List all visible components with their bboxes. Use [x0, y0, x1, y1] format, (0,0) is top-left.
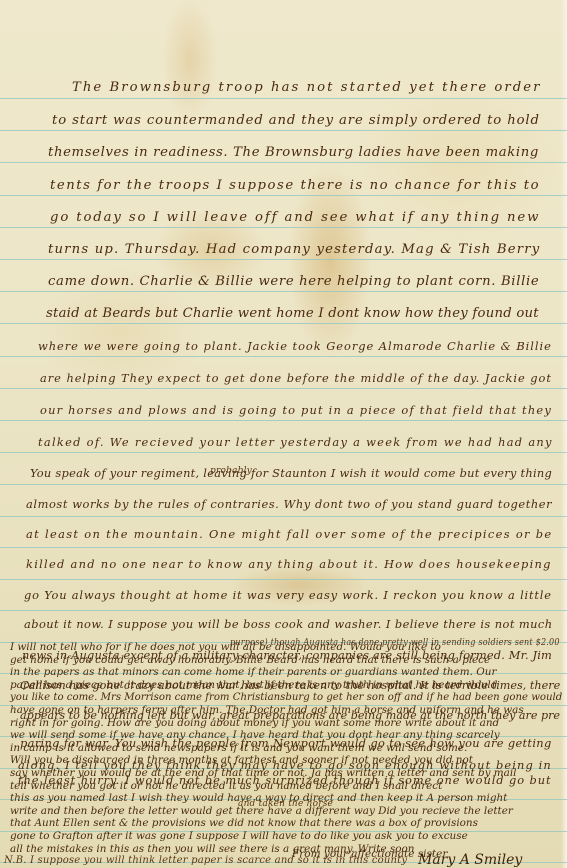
letter-line: to start was countermanded and they are … — [52, 113, 540, 128]
letter-line: say whether you would be at the end of t… — [10, 767, 516, 779]
ruled-line — [0, 420, 567, 421]
letter-line: You speak of your regiment, leaving for … — [30, 466, 552, 480]
ruled-line — [0, 579, 567, 580]
signature: Mary A Smiley — [418, 852, 522, 868]
ruled-line — [0, 452, 567, 453]
ruled-line — [0, 227, 567, 228]
ruled-line — [0, 130, 567, 131]
letter-line: gone to Grafton after it was gone I supp… — [10, 830, 468, 842]
ruled-line — [0, 291, 567, 292]
letter-line: we will send some if we have any chance.… — [10, 729, 500, 741]
letter-line: killed and no one near to know any thing… — [26, 557, 552, 571]
letter-line: themselves in readiness. The Brownsburg … — [48, 145, 539, 160]
letter-line: tents for the troops I suppose there is … — [50, 178, 540, 193]
letter-line: staid at Beards but Charlie went home I … — [46, 306, 539, 321]
letter-line: in the papers as that minors can come ho… — [10, 666, 496, 678]
ruled-line — [0, 259, 567, 260]
letter-line: turns up. Thursday. Had company yesterda… — [48, 242, 540, 257]
ruled-line — [0, 388, 567, 389]
letter-line: talked of. We recieved your letter yeste… — [38, 435, 553, 449]
letter-line: Will you be discharged in three months a… — [10, 754, 473, 766]
postscript: N.B. I suppose you will think letter pap… — [4, 855, 407, 866]
letter-line: I will not tell who for if he does not y… — [10, 641, 441, 653]
letter-line: you like to come. Mrs Morrison came from… — [10, 691, 562, 703]
letter-line: The Brownsburg troop has not started yet… — [72, 80, 542, 95]
letter-line: go You always thought at home it was ver… — [24, 588, 552, 602]
ruled-line — [0, 484, 567, 485]
letter-line: where we were going to plant. Jackie too… — [38, 339, 552, 353]
ruled-line — [0, 195, 567, 196]
letter-line: almost works by the rules of contraries.… — [26, 497, 552, 511]
letter-line: at least on the mountain. One might fall… — [26, 527, 553, 541]
ruled-line — [0, 547, 567, 548]
letter-line: right in for going. How are you doing ab… — [10, 717, 499, 729]
letter-line: get home if you could get away honorably… — [10, 654, 490, 666]
letter-line: are helping They expect to get done befo… — [40, 371, 552, 385]
interlinear-note: probably — [210, 466, 252, 476]
letter-line: tell whether you got it or not he direct… — [10, 780, 442, 792]
ruled-line — [0, 356, 567, 357]
letter-page: The Brownsburg troop has not started yet… — [0, 0, 567, 868]
ruled-line — [0, 516, 567, 517]
letter-line: write and then before the letter would g… — [10, 805, 513, 817]
ruled-line — [0, 610, 567, 611]
letter-line: go today so I will leave off and see wha… — [50, 210, 540, 225]
letter-line: paper has a piece but it does not mean t… — [10, 679, 497, 691]
letter-line: in camp is it allowed to send newspapers… — [10, 742, 467, 754]
letter-line: this as you named last I wish they would… — [10, 792, 507, 804]
letter-line: came down. Charlie & Billie were here he… — [48, 274, 539, 289]
ruled-line — [0, 162, 567, 163]
letter-line: about it now. I suppose you will be boss… — [24, 617, 553, 631]
letter-line: have gone on to harpers ferry after him.… — [10, 704, 524, 716]
ruled-line — [0, 323, 567, 324]
letter-line: our horses and plows and is going to put… — [40, 403, 552, 417]
letter-line: that Aunt Ellen sent & the provisions we… — [10, 817, 478, 829]
ruled-line — [0, 98, 567, 99]
